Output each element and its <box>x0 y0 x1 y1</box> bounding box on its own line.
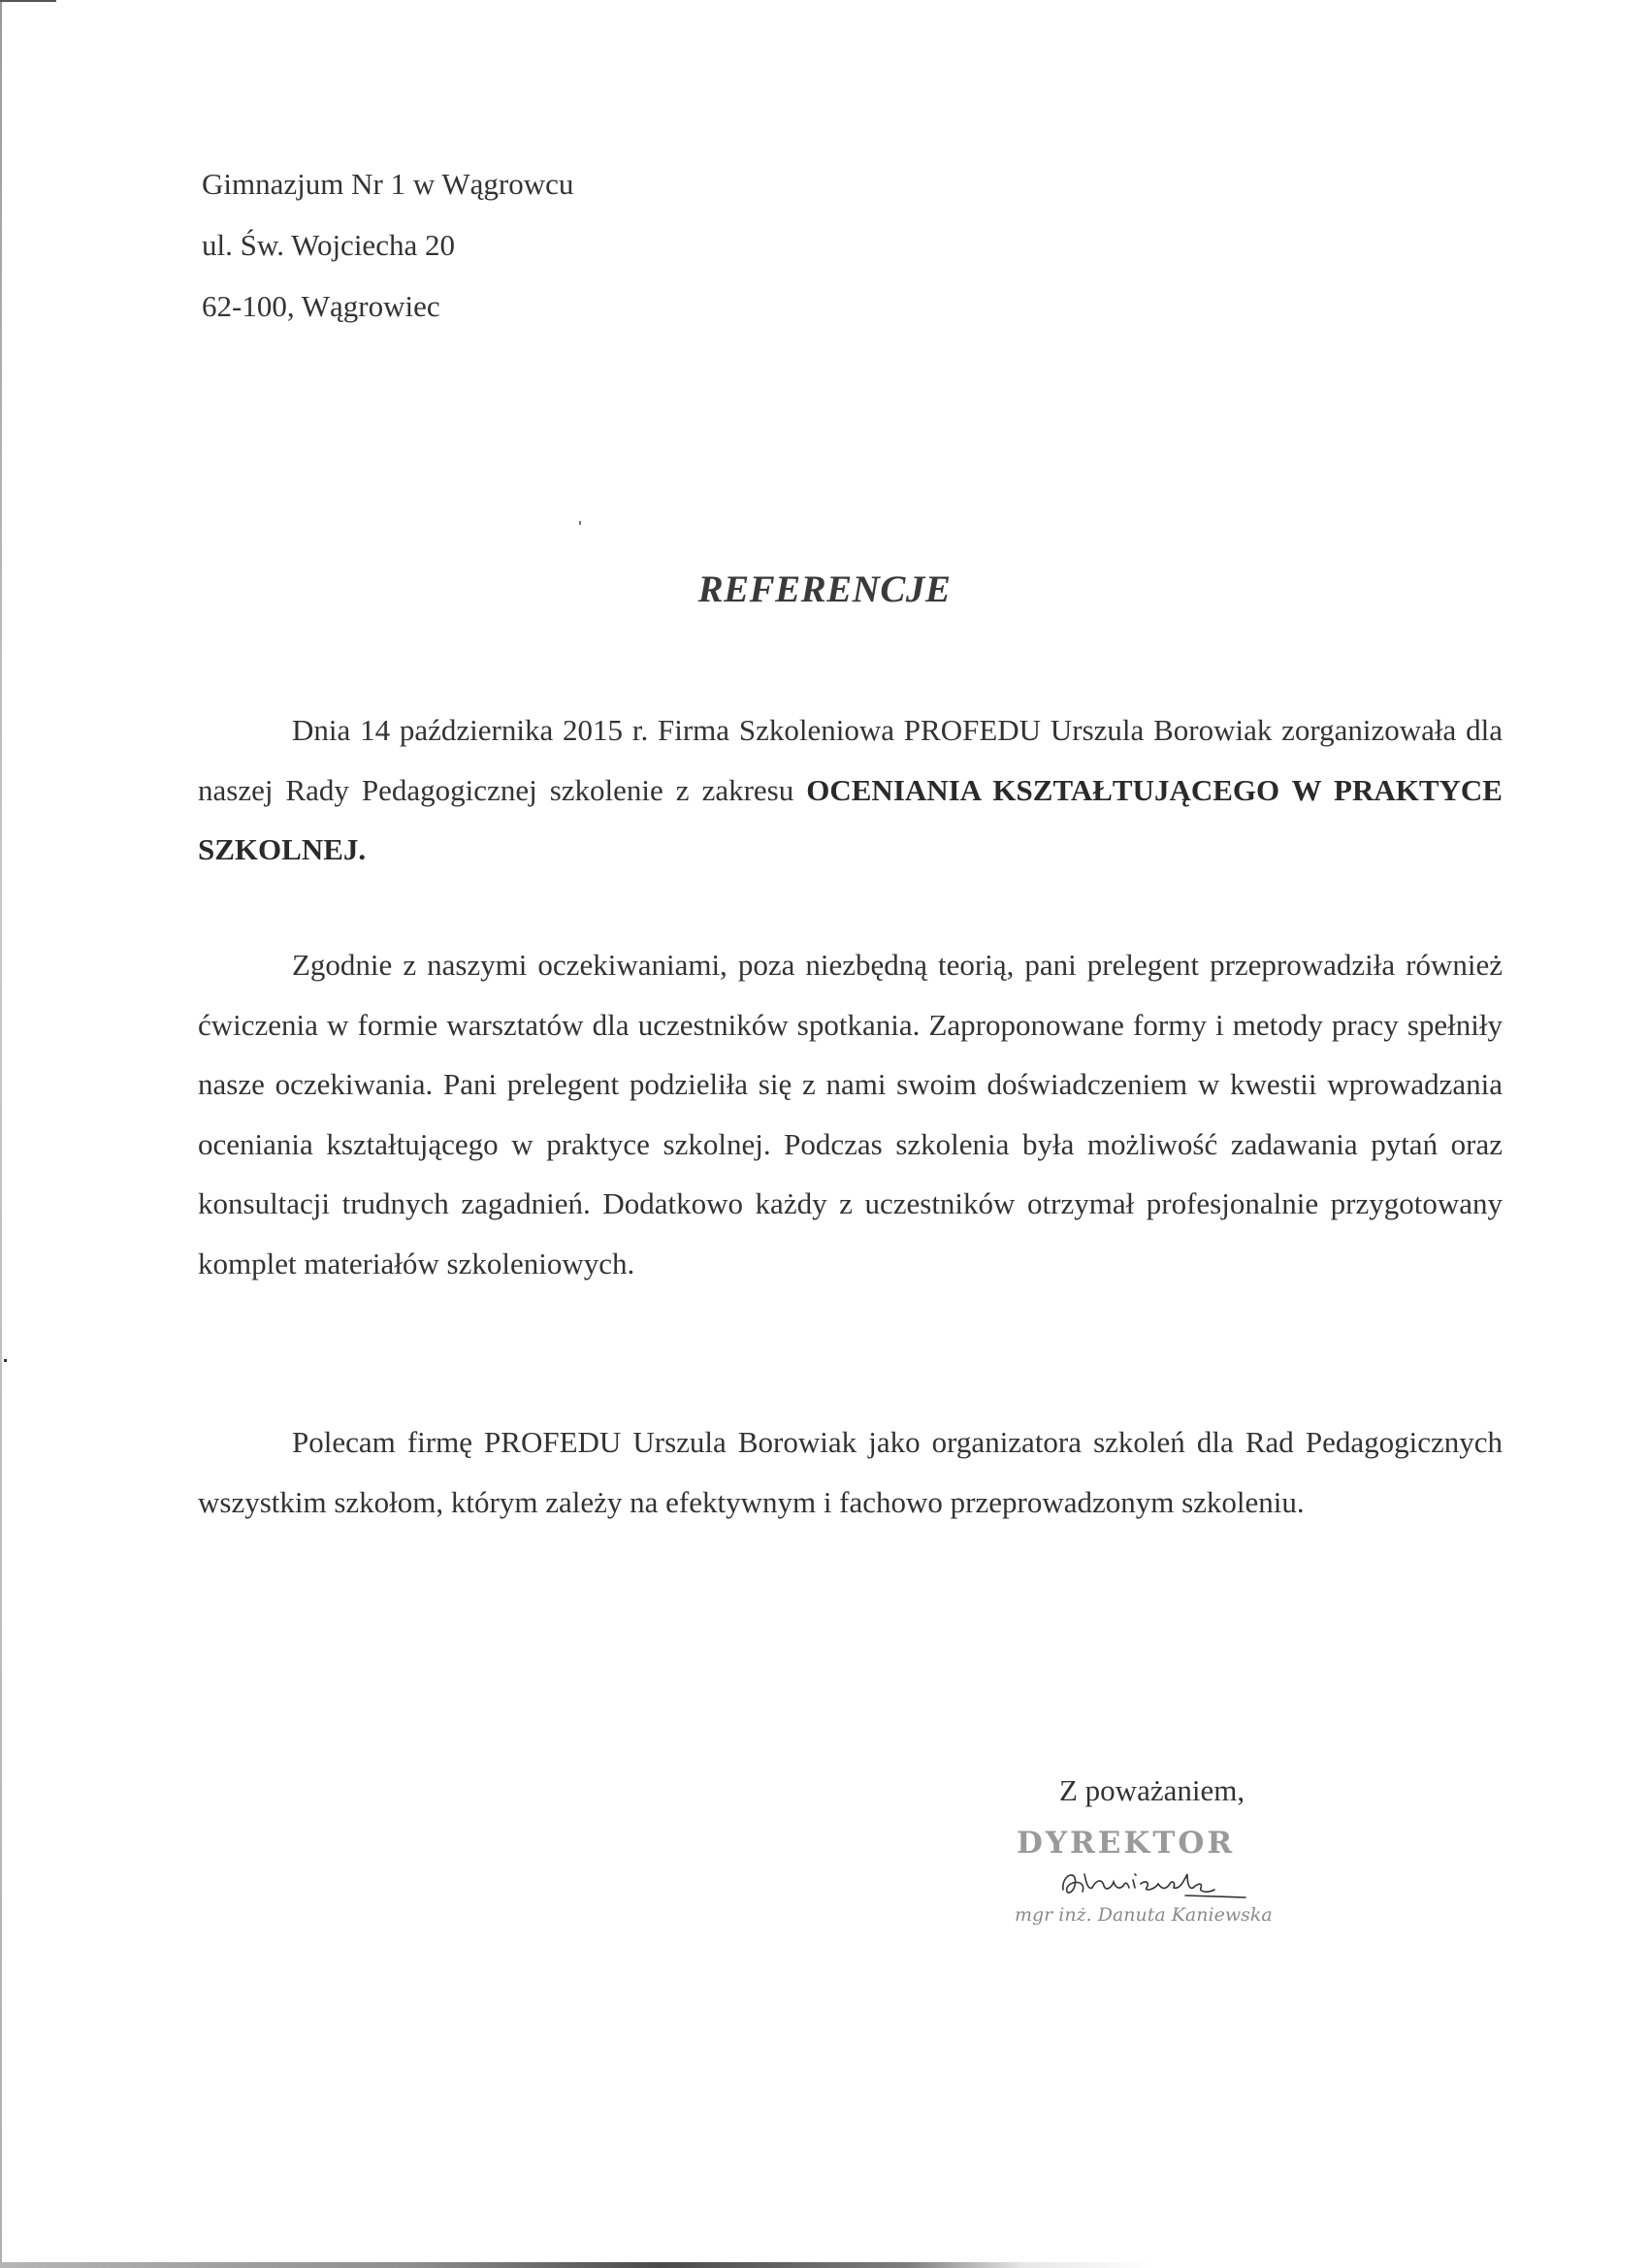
scan-speck <box>4 1359 7 1362</box>
paragraph-2: Zgodnie z naszymi oczekiwaniami, poza ni… <box>198 935 1503 1293</box>
scan-top-edge <box>0 0 56 2</box>
scan-bottom-edge <box>0 2262 1649 2268</box>
paragraph-1: Dnia 14 października 2015 r. Firma Szkol… <box>198 700 1503 880</box>
scan-left-edge <box>0 0 2 2268</box>
paragraph-3-text: Polecam firmę PROFEDU Urszula Borowiak j… <box>198 1412 1503 1532</box>
director-stamp: DYREKTOR <box>1017 1826 1235 1861</box>
sender-postal-city: 62-100, Wągrowiec <box>202 275 573 337</box>
sender-address: Gimnazjum Nr 1 w Wągrowcu ul. Św. Wojcie… <box>202 153 573 337</box>
document-title: REFERENCJE <box>0 567 1649 611</box>
scan-speck <box>579 521 581 525</box>
sender-street: ul. Św. Wojciecha 20 <box>202 214 573 275</box>
paragraph-3: Polecam firmę PROFEDU Urszula Borowiak j… <box>198 1412 1503 1532</box>
paragraph-2-text: Zgodnie z naszymi oczekiwaniami, poza ni… <box>198 935 1503 1293</box>
director-name-stamp: mgr inż. Danuta Kaniewska <box>1015 1904 1273 1926</box>
sender-school-name: Gimnazjum Nr 1 w Wągrowcu <box>202 153 573 214</box>
closing-salutation: Z poważaniem, <box>1059 1773 1245 1808</box>
handwritten-signature-icon <box>1057 1861 1251 1905</box>
